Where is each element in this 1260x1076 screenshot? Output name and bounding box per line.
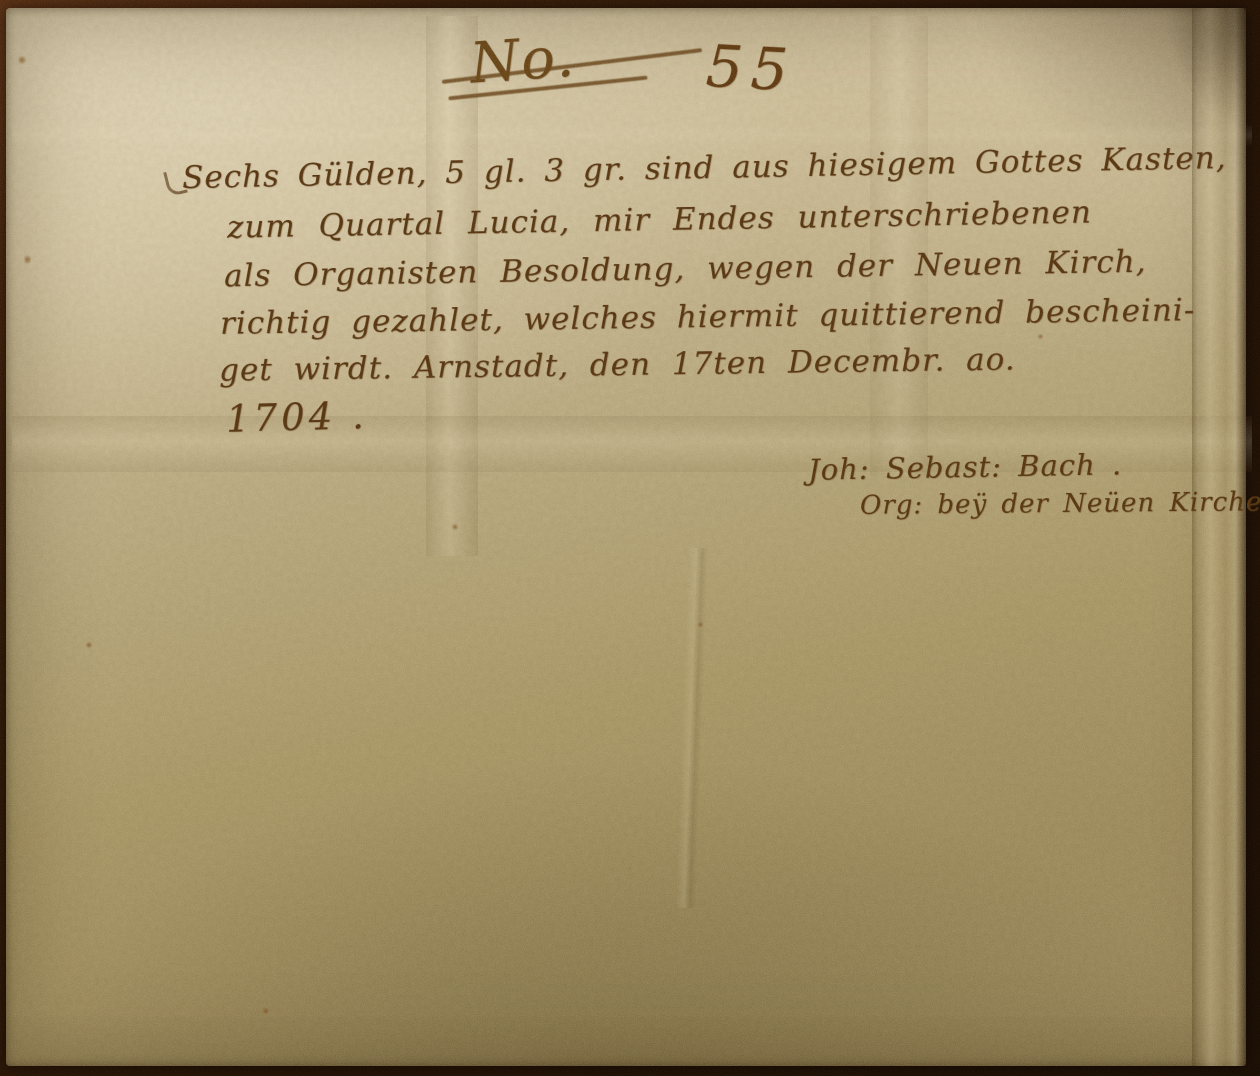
signature-title: Org: beÿ der Neüen Kirche	[860, 487, 1260, 521]
fold-crease-vertical-center	[676, 548, 709, 908]
fold-crease-vertical-right	[870, 16, 928, 476]
manuscript-line-6: 1704 .	[225, 394, 368, 441]
archive-number: 55	[704, 32, 797, 105]
signature-name: Joh: Sebast: Bach .	[808, 447, 1123, 486]
paper-corner-shadow	[1150, 8, 1246, 158]
